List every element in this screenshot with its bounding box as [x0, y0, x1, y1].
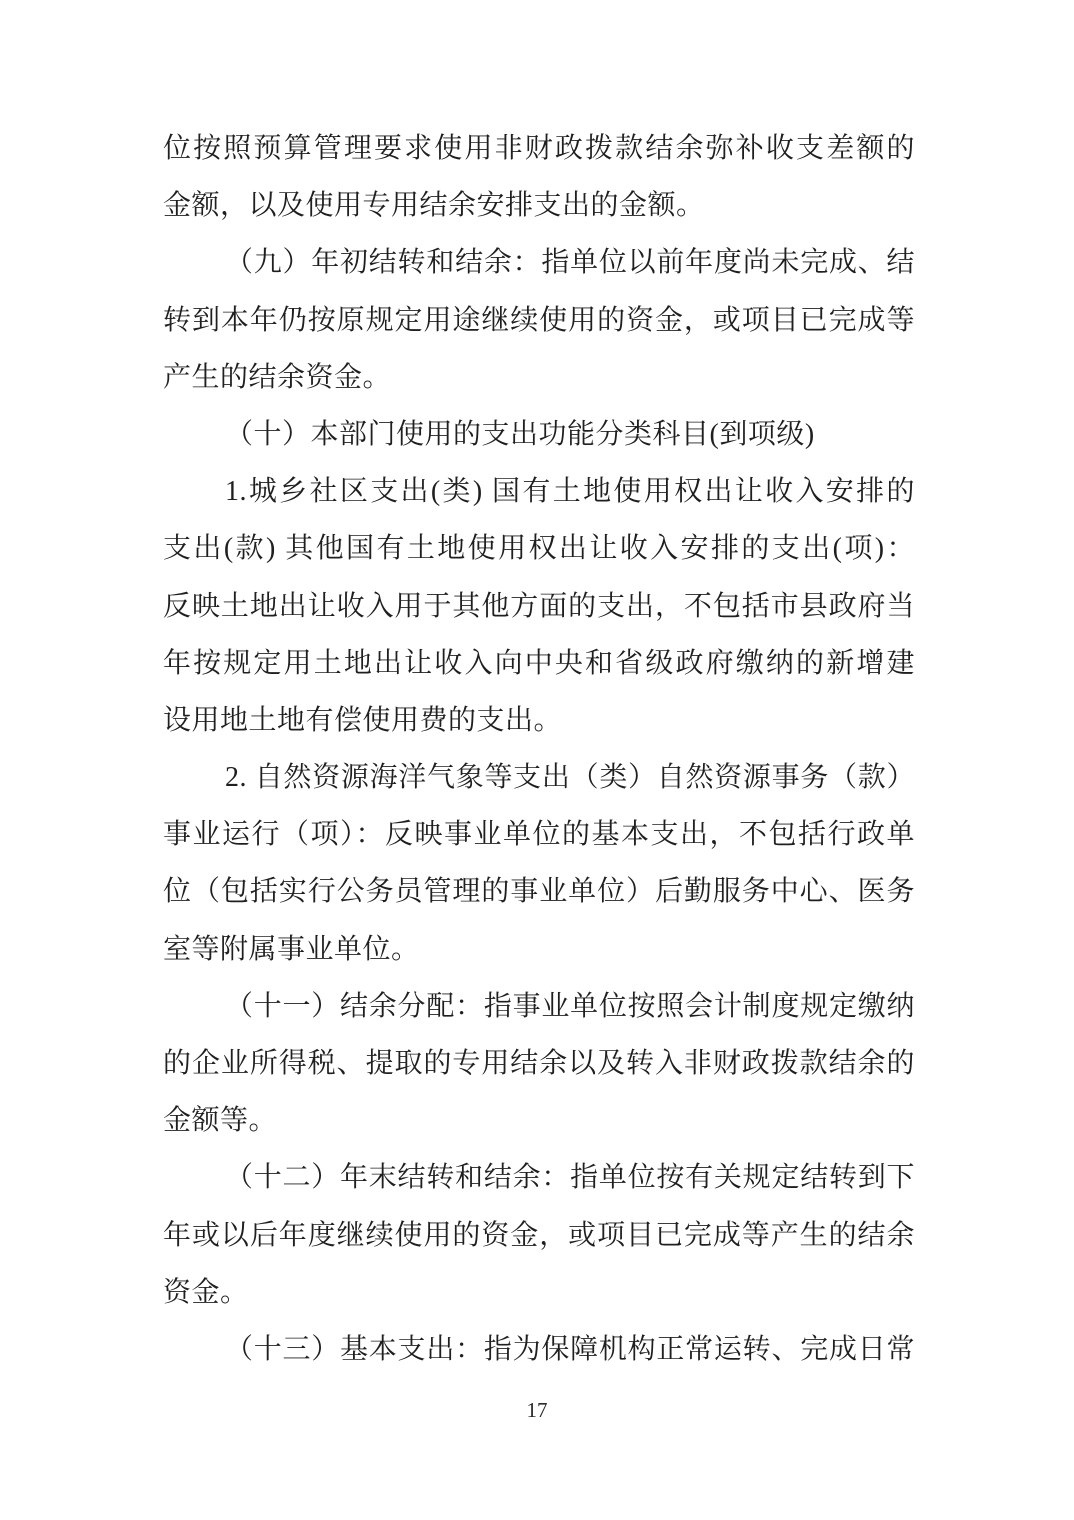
text-line: 转到本年仍按原规定用途继续使用的资金，或项目已完成等 [163, 292, 915, 349]
page-number: 17 [0, 1398, 1074, 1423]
text-line: 设用地土地有偿使用费的支出。 [163, 692, 915, 749]
text-line: （九）年初结转和结余：指单位以前年度尚未完成、结 [163, 234, 915, 291]
text-line: 1.城乡社区支出(类) 国有土地使用权出让收入安排的 [163, 463, 915, 520]
text-line: 反映土地出让收入用于其他方面的支出，不包括市县政府当 [163, 578, 915, 635]
text-line: 资金。 [163, 1264, 915, 1321]
text-line: 室等附属事业单位。 [163, 921, 915, 978]
text-line: 事业运行（项）：反映事业单位的基本支出，不包括行政单 [163, 806, 915, 863]
text-line: （十三）基本支出：指为保障机构正常运转、完成日常 [163, 1321, 915, 1378]
document-body: 位按照预算管理要求使用非财政拨款结余弥补收支差额的 金额，以及使用专用结余安排支… [163, 120, 915, 1378]
text-line: 年按规定用土地出让收入向中央和省级政府缴纳的新增建 [163, 635, 915, 692]
text-line: 金额等。 [163, 1092, 915, 1149]
text-line: 2. 自然资源海洋气象等支出（类）自然资源事务（款） [163, 749, 915, 806]
text-line: 位（包括实行公务员管理的事业单位）后勤服务中心、医务 [163, 863, 915, 920]
text-line: 产生的结余资金。 [163, 349, 915, 406]
text-line: 金额，以及使用专用结余安排支出的金额。 [163, 177, 915, 234]
text-line: （十二）年末结转和结余：指单位按有关规定结转到下 [163, 1149, 915, 1206]
text-line: （十一）结余分配：指事业单位按照会计制度规定缴纳 [163, 978, 915, 1035]
text-line: 的企业所得税、提取的专用结余以及转入非财政拨款结余的 [163, 1035, 915, 1092]
text-line: 年或以后年度继续使用的资金，或项目已完成等产生的结余 [163, 1207, 915, 1264]
text-line: 位按照预算管理要求使用非财政拨款结余弥补收支差额的 [163, 120, 915, 177]
text-line: 支出(款) 其他国有土地使用权出让收入安排的支出(项)： [163, 520, 915, 577]
document-page: 位按照预算管理要求使用非财政拨款结余弥补收支差额的 金额，以及使用专用结余安排支… [0, 0, 1074, 1520]
text-line: （十）本部门使用的支出功能分类科目(到项级) [163, 406, 915, 463]
